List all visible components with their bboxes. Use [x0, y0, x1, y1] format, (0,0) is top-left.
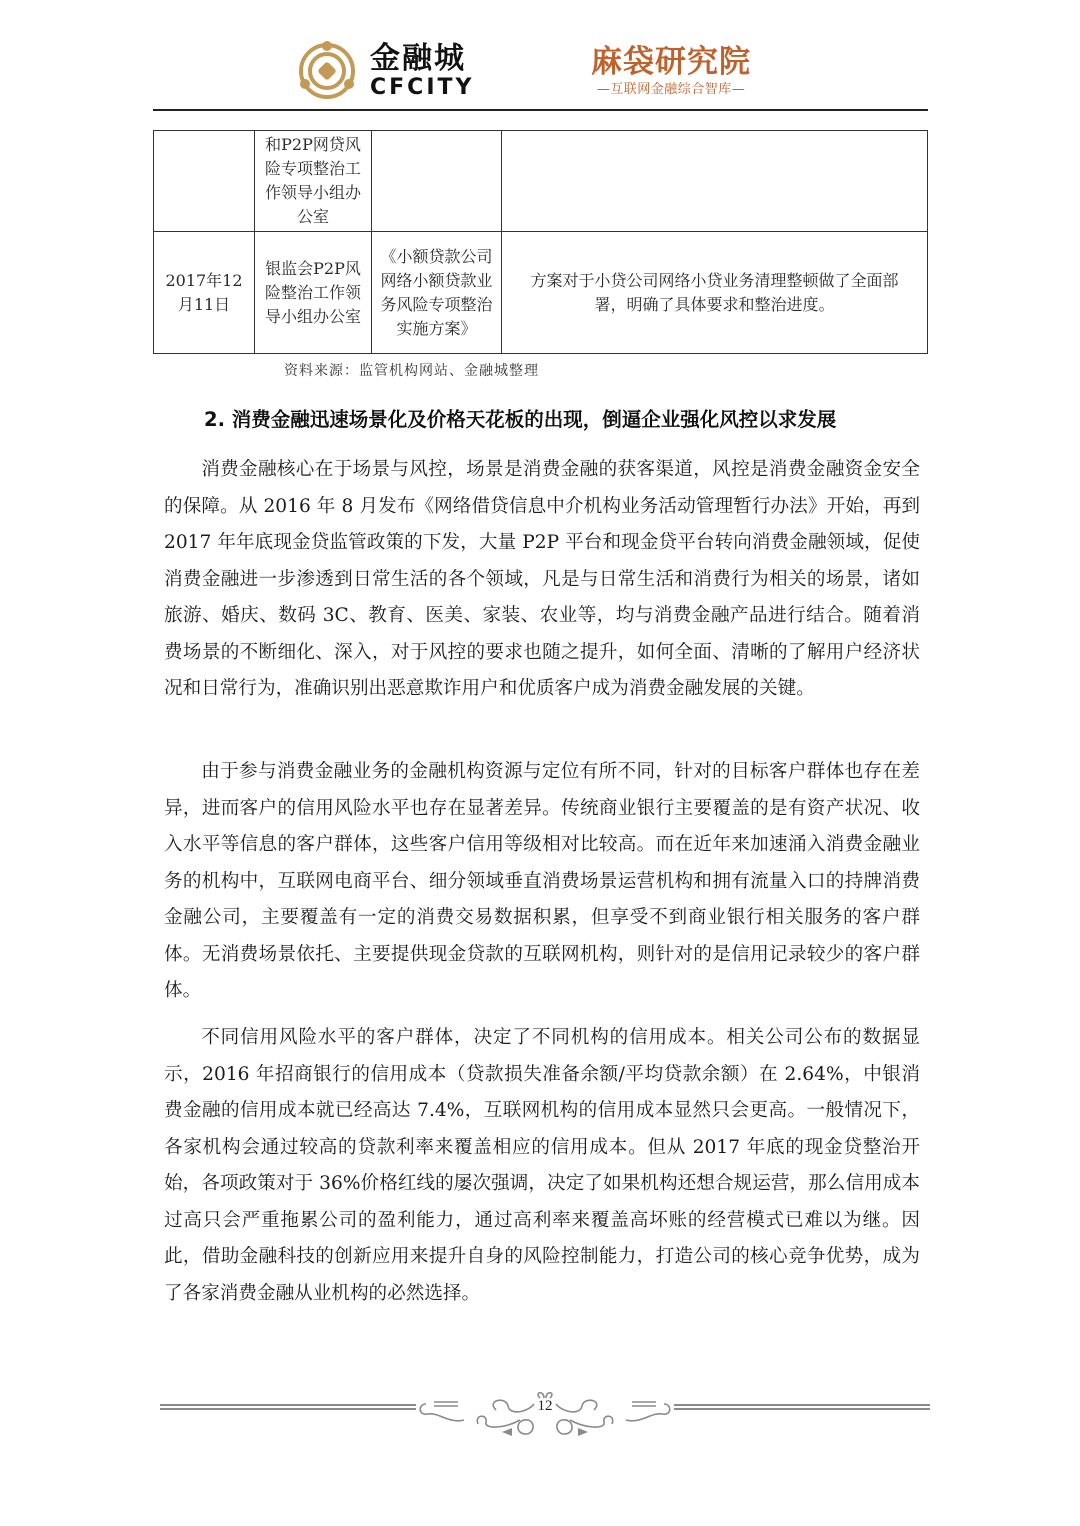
madai-institute-subtitle: —互联网金融综合智库— [586, 80, 756, 100]
page-header: 金融城 CFCITY 麻袋研究院 —互联网金融综合智库— [0, 0, 1080, 112]
page-number: 12 [160, 1398, 930, 1415]
body-paragraph: 不同信用风险水平的客户群体，决定了不同机构的信用成本。相关公司公布的数据显示，2… [164, 1020, 920, 1312]
cfcity-logo-icon [296, 40, 358, 102]
madai-institute-title: 麻袋研究院 [586, 44, 756, 80]
cfcity-logo: 金融城 CFCITY [296, 40, 474, 102]
table-cell-document: 《小额贷款公司网络小额贷款业务风险专项整治实施方案》 [372, 232, 502, 354]
table-cell-issuer: 和P2P网贷风险专项整治工作领导小组办公室 [255, 131, 372, 232]
table-row: 和P2P网贷风险专项整治工作领导小组办公室 [154, 131, 928, 232]
table-cell-date: 2017年12月11日 [154, 232, 255, 354]
table-cell-summary: 方案对于小贷公司网络小贷业务清理整顿做了全面部署，明确了具体要求和整治进度。 [502, 232, 928, 354]
section-heading: 2. 消费金融迅速场景化及价格天花板的出现，倒逼企业强化风控以求发展 [204, 404, 924, 432]
table-cell-summary [502, 131, 928, 232]
regulation-table: 和P2P网贷风险专项整治工作领导小组办公室 2017年12月11日 银监会P2P… [153, 130, 928, 354]
header-divider [153, 109, 928, 111]
table-cell-issuer: 银监会P2P风险整治工作领导小组办公室 [255, 232, 372, 354]
cfcity-name-en: CFCITY [370, 76, 474, 100]
table-row: 2017年12月11日 银监会P2P风险整治工作领导小组办公室 《小额贷款公司网… [154, 232, 928, 354]
page-footer: 12 [160, 1390, 930, 1440]
body-paragraph: 由于参与消费金融业务的金融机构资源与定位有所不同，针对的目标客户群体也存在差异，… [164, 754, 920, 1010]
body-paragraph: 消费金融核心在于场景与风控，场景是消费金融的获客渠道，风控是消费金融资金安全的保… [164, 452, 920, 708]
table-cell-document [372, 131, 502, 232]
table-cell-date [154, 131, 255, 232]
table-source-note: 资料来源：监管机构网站、金融城整理 [284, 360, 539, 380]
cfcity-name-cn: 金融城 [370, 42, 474, 76]
madai-institute-logo: 麻袋研究院 —互联网金融综合智库— [586, 44, 756, 100]
